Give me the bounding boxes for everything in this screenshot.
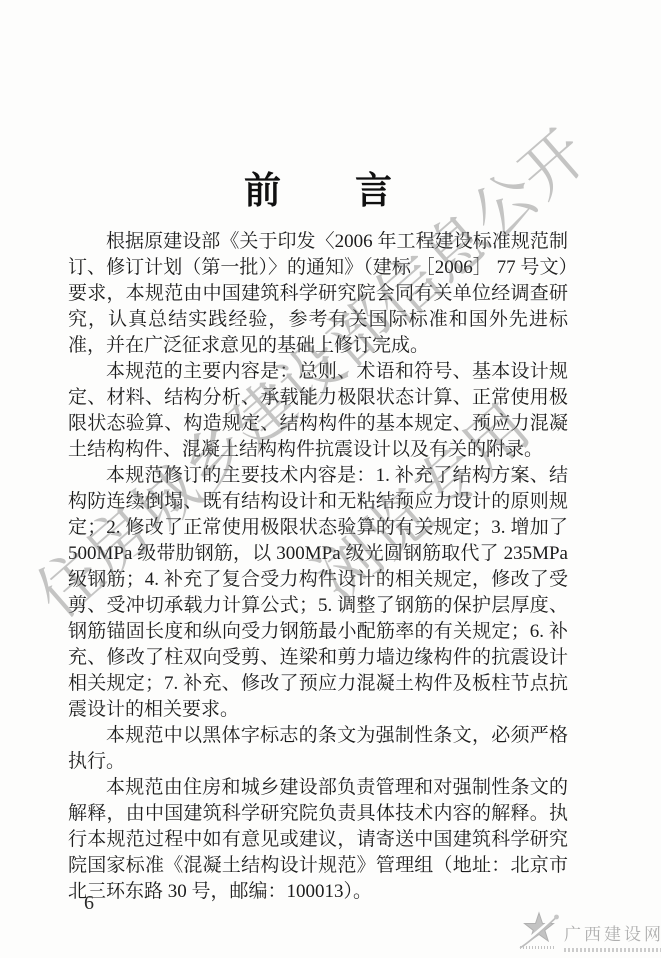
paragraph-mandatory-clauses: 本规范中以黑体字标志的条文为强制性条文，必须严格执行。 <box>68 723 568 775</box>
paragraph-main-contents: 本规范的主要内容是：总则、术语和符号、基本设计规定、材料、结构分析、承载能力极限… <box>68 359 568 463</box>
site-logo-text: 广西建设网 <box>564 920 661 945</box>
logo-text-block: 广西建设网 <box>564 908 661 952</box>
logo-star-microtext <box>520 946 554 949</box>
paragraph-management: 本规范由住房和城乡建设部负责管理和对强制性条文的解释，由中国建筑科学研究院负责具… <box>68 775 568 905</box>
document-body: 根据原建设部《关于印发〈2006 年工程建设标准规范制订、修订计划（第一批）〉的… <box>68 229 568 905</box>
page-number: 6 <box>84 892 94 915</box>
logo-tagline-microtext <box>564 948 661 952</box>
page-title: 前 言 <box>68 160 568 214</box>
paragraph-revision-items: 本规范修订的主要技术内容是：1. 补充了结构方案、结构防连续倒塌、既有结构设计和… <box>68 463 568 723</box>
document-page: 住房城乡建设部信息公开 浏览专用 前 言 根据原建设部《关于印发〈2006 年工… <box>0 0 661 958</box>
site-logo: 广西建设网 <box>518 908 660 954</box>
paragraph-basis: 根据原建设部《关于印发〈2006 年工程建设标准规范制订、修订计划（第一批）〉的… <box>68 229 568 359</box>
star-swoosh-icon <box>518 908 560 952</box>
